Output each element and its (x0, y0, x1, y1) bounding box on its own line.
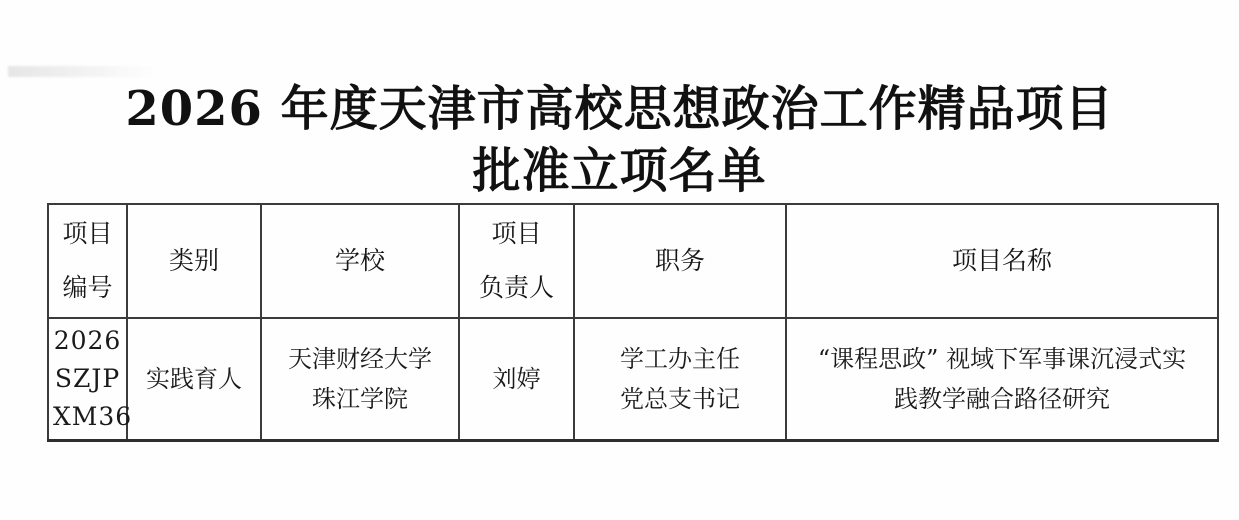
cell-category: 实践育人 (127, 318, 261, 440)
header-cell-project-name: 项目名称 (786, 204, 1218, 318)
header-cell-category: 类别 (127, 204, 261, 318)
table-row: 2026 SZJP XM36 实践育人 天津财经大学 珠江学院 刘婷 学工办主任… (48, 318, 1218, 440)
scan-noise-artifact (8, 66, 158, 77)
cell-school: 天津财经大学 珠江学院 (261, 318, 459, 440)
cell-project-no: 2026 SZJP XM36 (48, 318, 127, 440)
cell-project-name: “课程思政” 视域下军事课沉浸式实 践教学融合路径研究 (786, 318, 1218, 440)
cell-position: 学工办主任 党总支书记 (574, 318, 786, 440)
document-title-line1: 2026 年度天津市高校思想政治工作精品项目 (0, 78, 1239, 140)
header-cell-position: 职务 (574, 204, 786, 318)
document-title: 2026 年度天津市高校思想政治工作精品项目 批准立项名单 (0, 78, 1239, 202)
scanned-document-page: 2026 年度天津市高校思想政治工作精品项目 批准立项名单 项目 编号 类别 学… (0, 0, 1239, 520)
header-cell-leader: 项目 负责人 (459, 204, 574, 318)
project-approval-table: 项目 编号 类别 学校 项目 负责人 职务 项目名称 2026 SZJP XM3… (47, 203, 1219, 442)
document-title-line2: 批准立项名单 (0, 140, 1239, 202)
header-cell-school: 学校 (261, 204, 459, 318)
table-header-row: 项目 编号 类别 学校 项目 负责人 职务 项目名称 (48, 204, 1218, 318)
header-cell-project-no: 项目 编号 (48, 204, 127, 318)
cell-leader: 刘婷 (459, 318, 574, 440)
